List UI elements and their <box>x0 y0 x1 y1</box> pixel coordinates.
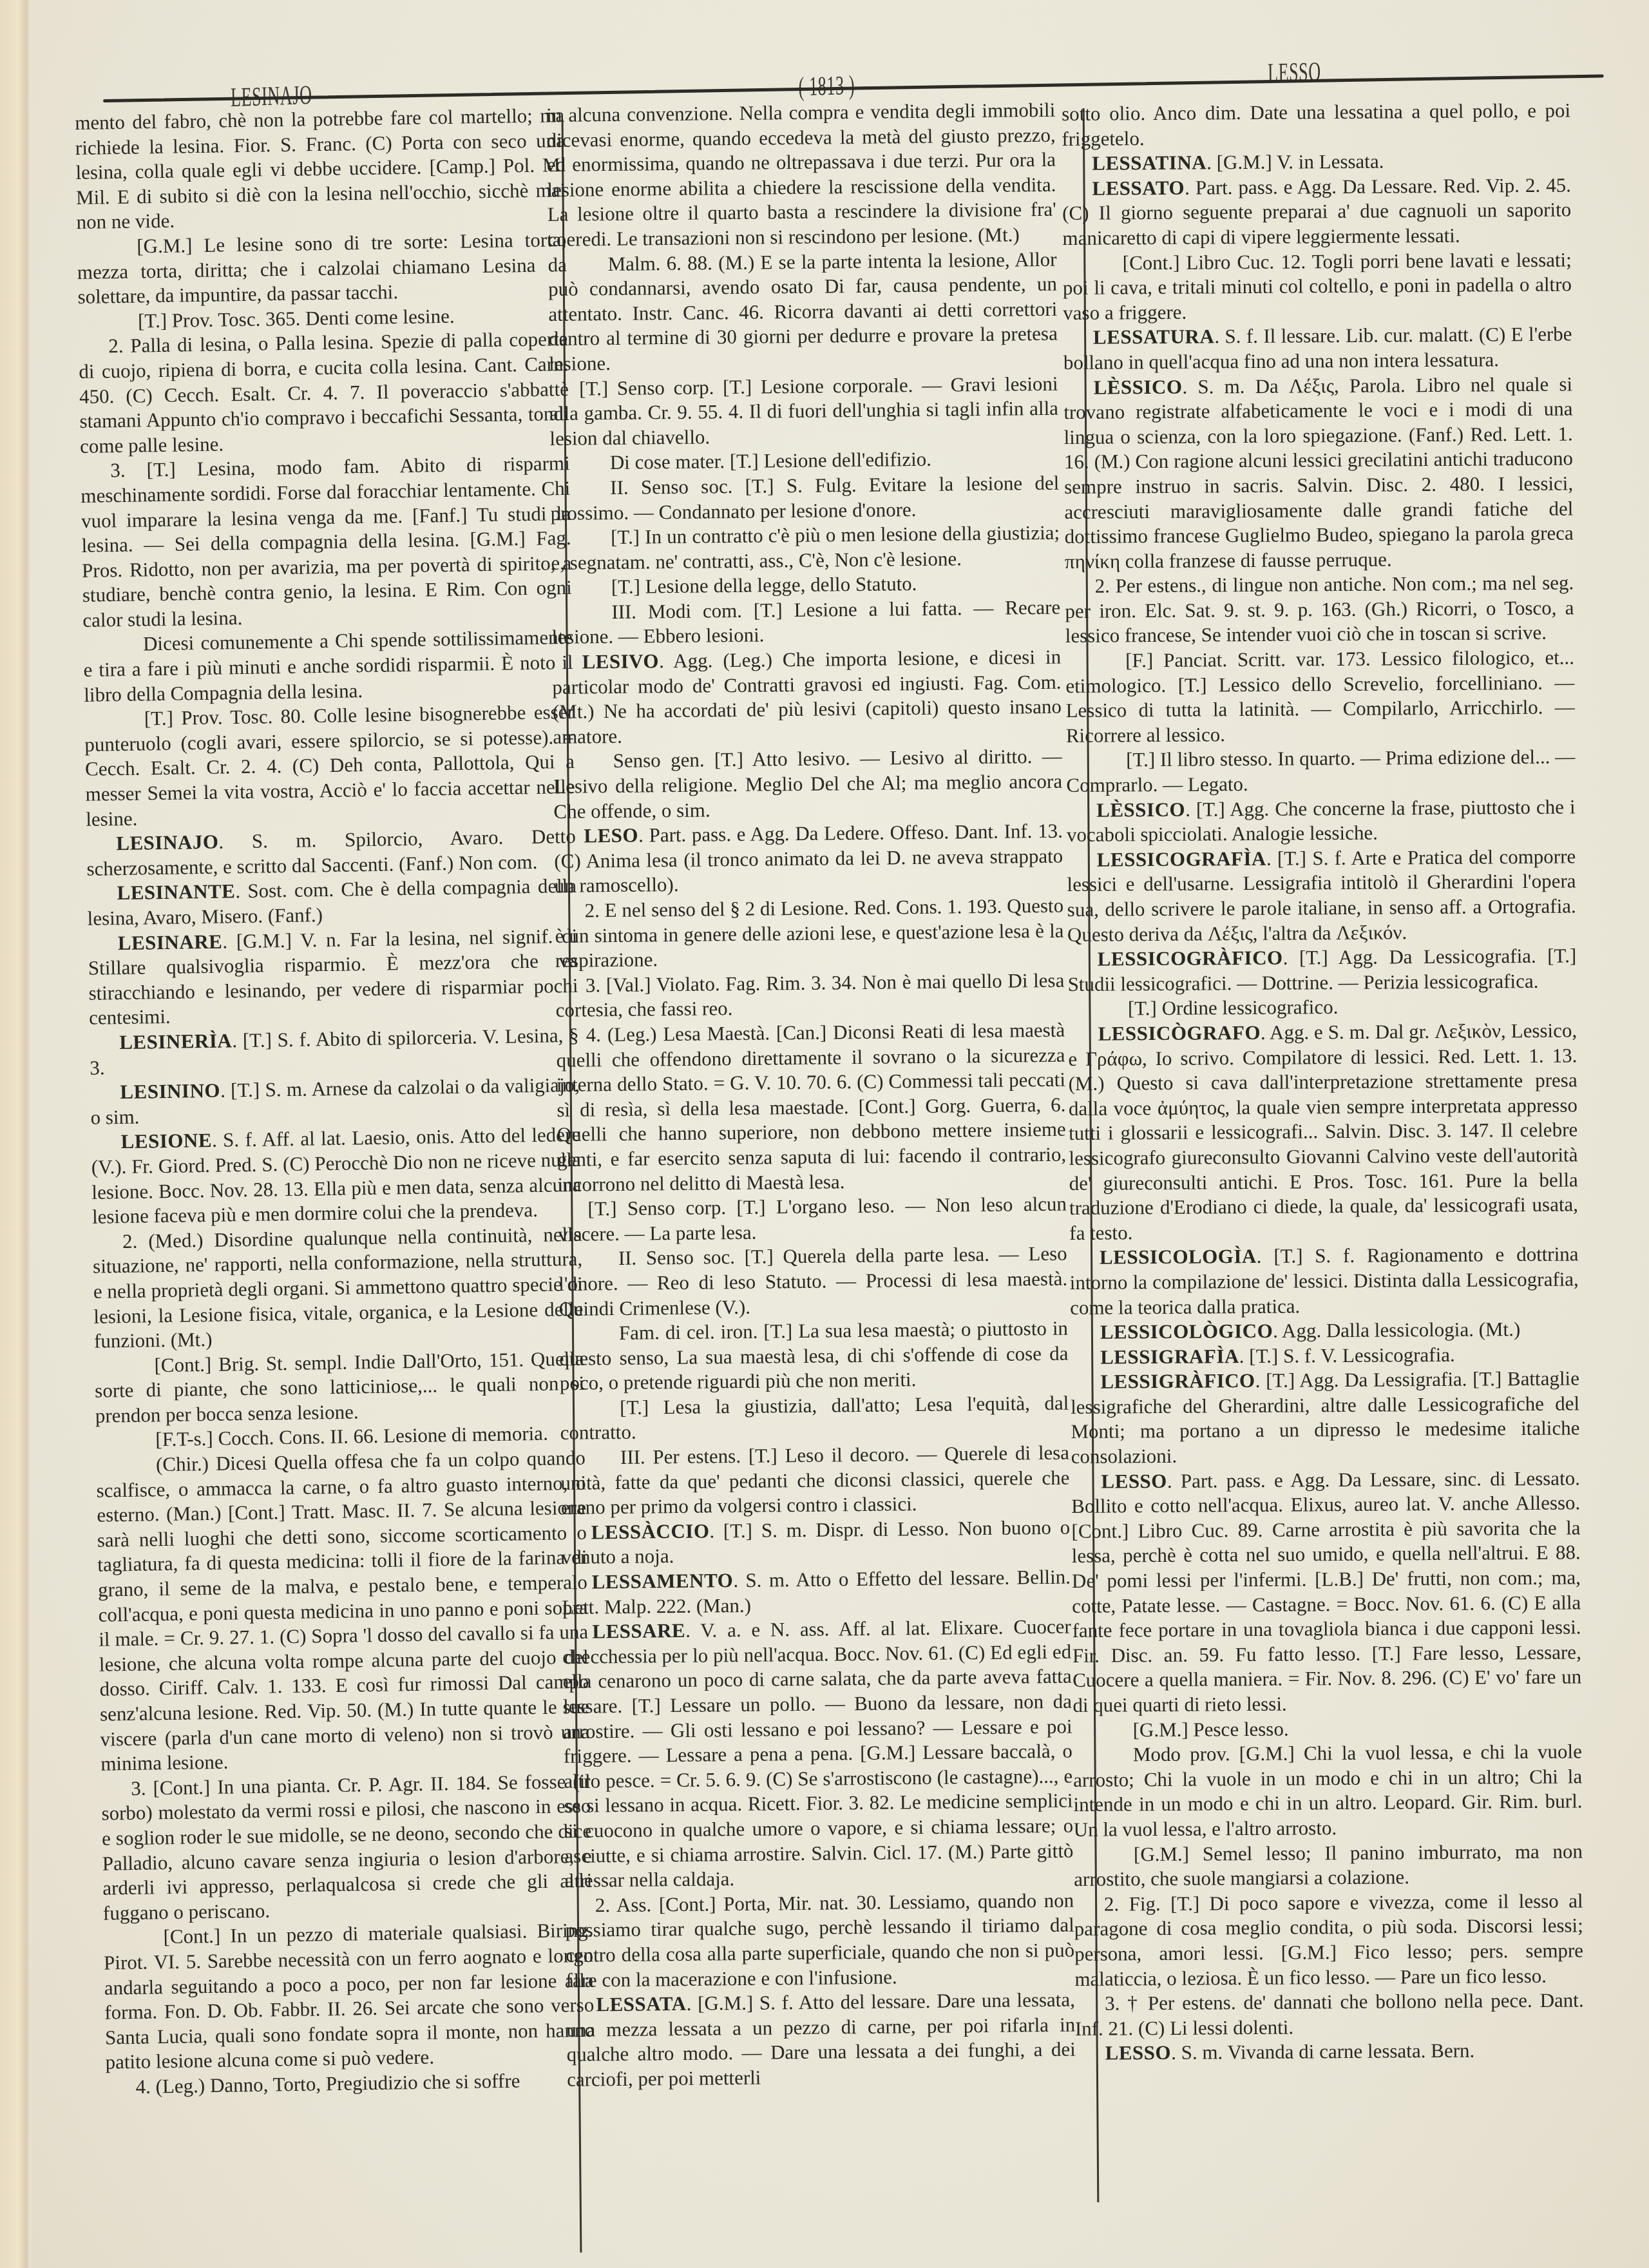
definition-text: [T.] Prov. Tosc. 365. Denti come lesine. <box>138 305 455 332</box>
entry-paragraph: 2. (Med.) Disordine qualunque nella cont… <box>92 1222 584 1354</box>
dictionary-entry: LESINARE. [G.M.] V. n. Far la lesina, ne… <box>88 923 578 1030</box>
headword: LESSATURA <box>1093 325 1215 349</box>
dictionary-entry: LESIVO. Agg. (Leg.) Che importa lesione,… <box>552 645 1062 750</box>
entry-paragraph: in alcuna convenzione. Nella compra e ve… <box>546 98 1056 253</box>
definition-text: 4. (Leg.) Lesa Maestà. [Can.] Diconsi Re… <box>556 1019 1066 1196</box>
entry-paragraph: [T.] Senso corp. [T.] L'organo leso. — N… <box>558 1192 1067 1247</box>
headword: LESSATINA <box>1092 151 1206 175</box>
definition-text: 2. Ass. [Cont.] Porta, Mir. nat. 30. Les… <box>566 1888 1075 1991</box>
definition-text: [T.] Senso corp. [T.] Lesione corporale.… <box>549 372 1058 449</box>
text-column-2: in alcuna convenzione. Nella compra e ve… <box>546 98 1076 2093</box>
entry-paragraph: [Cont.] Brig. St. sempl. Indie Dall'Orto… <box>94 1347 585 1429</box>
dictionary-page: LESINAJO —( 1813 )— LESSO mento del fabr… <box>31 0 1649 2268</box>
definition-text: . Agg. e S. m. Dal gr. Λεξικὸν, Lessico,… <box>1068 1019 1578 1244</box>
headword: LESINAJO <box>116 831 219 854</box>
headword: LESSICÒGRAFO <box>1098 1021 1261 1045</box>
definition-text: . Part. pass. e Agg. Da Lessare, sinc. d… <box>1071 1466 1581 1716</box>
definition-text: (Chir.) Dicesi Quella offesa che fa un c… <box>96 1446 590 1775</box>
definition-text: [Cont.] Libro Cuc. 12. Togli porri bene … <box>1063 248 1572 324</box>
definition-text: . S. m. Da Λέξις, Parola. Libro nel qual… <box>1063 372 1574 573</box>
book-binding-edge <box>0 0 31 2268</box>
definition-text: [G.M.] Semel lesso; Il panino imburrato,… <box>1074 1840 1583 1890</box>
headword: LESSATO <box>1092 176 1185 199</box>
headword: LESININO <box>120 1079 220 1103</box>
definition-text: 2. Per estens., di lingue non antiche. N… <box>1065 572 1574 648</box>
definition-text: [T.] Ordine lessicografico. <box>1128 995 1339 1019</box>
definition-text: Dicesi comunemente a Chi spende sottilis… <box>83 626 573 706</box>
entry-paragraph: sotto olio. Anco dim. Date una lessatina… <box>1062 98 1571 151</box>
entry-paragraph: 4. (Leg.) Lesa Maestà. [Can.] Diconsi Re… <box>556 1018 1067 1197</box>
entry-paragraph: [Cont.] Libro Cuc. 12. Togli porri bene … <box>1063 247 1572 325</box>
headword: LESSIGRÀFICO <box>1100 1369 1255 1393</box>
dictionary-entry: LESSICÒGRAFO. Agg. e S. m. Dal gr. Λεξικ… <box>1068 1018 1578 1245</box>
definition-text: 2. Palla di lesina, o Palla lesina. Spez… <box>79 327 569 457</box>
dictionary-entry: LESSIGRAFÌA. [T.] S. f. V. Lessicografia… <box>1070 1341 1579 1370</box>
entry-paragraph: [G.M.] Semel lesso; Il panino imburrato,… <box>1074 1839 1583 1892</box>
headword: LÈSSICO <box>1093 375 1182 398</box>
dictionary-entry: LESSATINA. [G.M.] V. in Lessata. <box>1062 148 1571 177</box>
dictionary-entry: LESSÀCCIO. [T.] S. m. Dispr. di Lesso. N… <box>561 1515 1071 1570</box>
definition-text: [T.] Il libro stesso. In quarto. — Prima… <box>1066 745 1575 796</box>
definition-text: . Agg. Dalla lessicologia. (Mt.) <box>1273 1318 1520 1342</box>
dictionary-entry: LESSIGRÀFICO. [T.] Agg. Da Lessigrafia. … <box>1071 1367 1580 1470</box>
entry-paragraph: 3. [T.] Lesina, modo fam. Abito di rispa… <box>80 451 572 633</box>
dictionary-entry: LESIONE. S. f. Aff. al lat. Laesio, onis… <box>91 1122 582 1229</box>
definition-text: Malm. 6. 88. (M.) E se la parte intenta … <box>548 247 1058 375</box>
dictionary-entry: LESINAJO. S. m. Spilorcio, Avaro. Detto … <box>86 824 577 881</box>
entry-paragraph: [T.] Lesa la giustizia, dall'atto; Lesa … <box>560 1390 1069 1445</box>
definition-text: [F.] Panciat. Scritt. var. 173. Lessico … <box>1065 646 1574 747</box>
definition-text: . [G.M.] V. in Lessata. <box>1206 150 1384 174</box>
entry-paragraph: [G.M.] Pesce lesso. <box>1073 1715 1582 1743</box>
definition-text: . [T.] S. f. V. Lessicografia. <box>1239 1343 1455 1367</box>
headword: LESSICOGRÀFICO <box>1098 947 1283 970</box>
headword: LESSAMENTO <box>591 1569 733 1593</box>
headword: LESIONE <box>120 1129 212 1153</box>
definition-text: II. Senso soc. [T.] S. Fulg. Evitare la … <box>550 472 1059 524</box>
definition-text: [G.M.] Pesce lesso. <box>1133 1717 1289 1741</box>
definition-text: mento del fabro, chè non la potrebbe far… <box>75 104 566 233</box>
entry-paragraph: 2. Ass. [Cont.] Porta, Mir. nat. 30. Les… <box>565 1888 1075 1993</box>
headword: LESSIGRAFÌA <box>1100 1345 1239 1369</box>
entry-paragraph: 3. † Per estens. de' dannati che bollono… <box>1074 1988 1584 2042</box>
entry-paragraph: (Chir.) Dicesi Quella offesa che fa un c… <box>96 1446 591 1777</box>
definition-text: [T.] Prov. Tosc. 80. Colle lesine bisogn… <box>84 700 575 830</box>
entry-paragraph: III. Per estens. [T.] Leso il decoro. — … <box>560 1441 1070 1521</box>
entry-paragraph: 2. Per estens., di lingue non antiche. N… <box>1065 571 1574 649</box>
entry-paragraph: [T.] In un contratto c'è più o men lesio… <box>551 521 1060 575</box>
definition-text: Fam. di cel. iron. [T.] La sua lesa maes… <box>559 1317 1068 1394</box>
running-head-right-guideword: LESSO <box>1268 57 1321 89</box>
dictionary-entry: LESSICOLÒGICO. Agg. Dalla lessicologia. … <box>1070 1317 1579 1345</box>
entry-paragraph: [T.] Prov. Tosc. 80. Colle lesine bisogn… <box>84 700 576 832</box>
headword: LESINERÌA <box>119 1029 233 1053</box>
headword: LÈSSICO <box>1096 798 1185 821</box>
headword: LESINARE <box>118 930 223 954</box>
entry-paragraph: II. Senso soc. [T.] S. Fulg. Evitare la … <box>550 471 1060 526</box>
dictionary-entry: LÈSSICO. [T.] Agg. Che concerne la frase… <box>1067 794 1576 848</box>
entry-paragraph: mento del fabro, chè non la potrebbe far… <box>75 103 566 235</box>
dictionary-entry: LESSAMENTO. S. m. Atto o Effetto del les… <box>562 1565 1071 1620</box>
dictionary-entry: LESSICOLOGÌA. [T.] S. f. Ragionamento e … <box>1069 1242 1579 1320</box>
dictionary-entry: LÈSSICO. S. m. Da Λέξις, Parola. Libro n… <box>1063 372 1574 574</box>
definition-text: 2. (Med.) Disordine qualunque nella cont… <box>93 1223 584 1352</box>
definition-text: 3. [Cont.] In una pianta. Cr. P. Agr. II… <box>101 1770 592 1925</box>
definition-text: . S. m. Vivanda di carne lessata. Bern. <box>1171 2039 1474 2064</box>
entry-paragraph: III. Modi com. [T.] Lesione a lui fatta.… <box>551 595 1061 650</box>
definition-text: 3. [T.] Lesina, modo fam. Abito di rispa… <box>81 452 572 631</box>
dictionary-entry: LESSICOGRÀFICO. [T.] Agg. Da Lessicograf… <box>1067 944 1577 997</box>
definition-text: [T.] Senso corp. [T.] L'organo leso. — N… <box>558 1193 1067 1245</box>
definition-text: 2. Fig. [T.] Di poco sapore e vivezza, c… <box>1074 1889 1583 1990</box>
text-column-3: sotto olio. Anco dim. Date una lessatina… <box>1062 98 1584 2066</box>
dictionary-entry: LESSATURA. S. f. Il lessare. Lib. cur. m… <box>1063 322 1572 376</box>
definition-text: [T.] In un contratto c'è più o men lesio… <box>551 521 1060 574</box>
entry-paragraph: 2. Fig. [T.] Di poco sapore e vivezza, c… <box>1074 1888 1583 1992</box>
dictionary-entry: LESSICOGRAFÌA. [T.] S. f. Arte e Pratica… <box>1067 844 1576 947</box>
definition-text: Modo prov. [G.M.] Chi la vuol lessa, e c… <box>1073 1740 1582 1841</box>
entry-paragraph: Fam. di cel. iron. [T.] La sua lesa maes… <box>559 1316 1069 1396</box>
dictionary-entry: LESINANTE. Sost. com. Che è della compag… <box>87 874 577 931</box>
dictionary-entry: LESSO. S. m. Vivanda di carne lessata. B… <box>1075 2038 1584 2066</box>
definition-text: III. Modi com. [T.] Lesione a lui fatta.… <box>551 596 1060 649</box>
headword: LESSO <box>1101 1470 1167 1493</box>
entry-paragraph: 3. [Cont.] In una pianta. Cr. P. Agr. II… <box>101 1769 593 1926</box>
entry-paragraph: II. Senso soc. [T.] Querela della parte … <box>558 1242 1068 1321</box>
text-column-1: mento del fabro, chè non la potrebbe far… <box>75 103 595 2100</box>
entry-paragraph: Senso gen. [T.] Atto lesivo. — Lesivo al… <box>553 744 1063 824</box>
dictionary-entry: LESININO. [T.] S. m. Arnese da calzolai … <box>90 1073 580 1130</box>
dictionary-entry: LESSO. Part. pass. e Agg. Da Lessare, si… <box>1071 1466 1582 1718</box>
entry-paragraph: 2. Palla di lesina, o Palla lesina. Spez… <box>78 327 569 459</box>
definition-text: III. Per estens. [T.] Leso il decoro. — … <box>560 1441 1069 1519</box>
entry-paragraph: Dicesi comunemente a Chi spende sottilis… <box>83 625 574 707</box>
headword: LESSICOGRAFÌA <box>1097 847 1266 871</box>
headword: LESIVO <box>582 649 659 673</box>
dictionary-entry: LESINERÌA. [T.] S. f. Abito di spilorcer… <box>89 1023 579 1081</box>
definition-text: in alcuna convenzione. Nella compra e ve… <box>546 99 1056 251</box>
definition-text: [F.T-s.] Cocch. Cons. II. 66. Lesione di… <box>155 1422 548 1451</box>
entry-paragraph: Modo prov. [G.M.] Chi la vuol lessa, e c… <box>1073 1740 1583 1843</box>
headword: LESINANTE <box>117 880 235 905</box>
definition-text: 3. [Val.] Violato. Fag. Rim. 3. 34. Non … <box>556 968 1065 1021</box>
headword: LESSATA <box>596 1992 687 2015</box>
headword: LESSÀCCIO <box>591 1519 710 1543</box>
entry-paragraph: 3. [Val.] Violato. Fag. Rim. 3. 34. Non … <box>555 968 1065 1023</box>
entry-paragraph: [T.] Senso corp. [T.] Lesione corporale.… <box>549 371 1058 451</box>
definition-text: . V. a. e N. ass. Aff. al lat. Elixare. … <box>562 1615 1074 1892</box>
definition-text: 3. † Per estens. de' dannati che bollono… <box>1075 1989 1584 2040</box>
definition-text: II. Senso soc. [T.] Querela della parte … <box>558 1242 1067 1320</box>
headword: LESSO <box>1105 2041 1172 2064</box>
definition-text: Di cose mater. [T.] Lesione dell'edifizi… <box>610 448 931 474</box>
entry-paragraph: [Cont.] In un pezzo di materiale qualsia… <box>103 1918 595 2075</box>
entry-paragraph: [T.] Il libro stesso. In quarto. — Prima… <box>1066 745 1576 798</box>
headword: LESSARE <box>592 1619 685 1643</box>
dictionary-entry: LESO. Part. pass. e Agg. Da Ledere. Offe… <box>554 819 1063 899</box>
entry-paragraph: [F.] Panciat. Scritt. var. 173. Lessico … <box>1065 646 1575 749</box>
entry-paragraph: [G.M.] Le lesine sono di tre sorte: Lesi… <box>77 227 567 310</box>
definition-text: [G.M.] Le lesine sono di tre sorte: Lesi… <box>77 228 567 308</box>
entry-paragraph: 2. E nel senso del § 2 di Lesione. Red. … <box>555 894 1064 974</box>
definition-text: 2. E nel senso del § 2 di Lesione. Red. … <box>555 894 1063 972</box>
definition-text: sotto olio. Anco dim. Date una lessatina… <box>1062 99 1570 149</box>
definition-text: [T.] Lesione della legge, dello Statuto. <box>611 572 917 598</box>
definition-text: Senso gen. [T.] Atto lesivo. — Lesivo al… <box>553 745 1062 822</box>
dictionary-entry: LESSATA. [G.M.] S. f. Atto del lessare. … <box>566 1988 1076 2093</box>
definition-text: [Cont.] In un pezzo di materiale qualsia… <box>104 1919 595 2073</box>
definition-text: 4. (Leg.) Danno, Torto, Pregiudizio che … <box>135 2069 520 2097</box>
headword: LESO <box>584 824 638 847</box>
entry-paragraph: [T.] Ordine lessicografico. <box>1068 994 1577 1022</box>
dictionary-entry: LESSATO. Part. pass. e Agg. Da Lessare. … <box>1062 173 1572 251</box>
dictionary-entry: LESSARE. V. a. e N. ass. Aff. al lat. El… <box>562 1615 1074 1894</box>
headword: LESSICOLÒGICO <box>1100 1320 1273 1343</box>
entry-paragraph: Malm. 6. 88. (M.) E se la parte intenta … <box>548 247 1058 376</box>
definition-text: [T.] Lesa la giustizia, dall'atto; Lesa … <box>560 1391 1069 1444</box>
definition-text: [Cont.] Brig. St. sempl. Indie Dall'Orto… <box>95 1347 584 1427</box>
headword: LESSICOLOGÌA <box>1100 1245 1257 1269</box>
